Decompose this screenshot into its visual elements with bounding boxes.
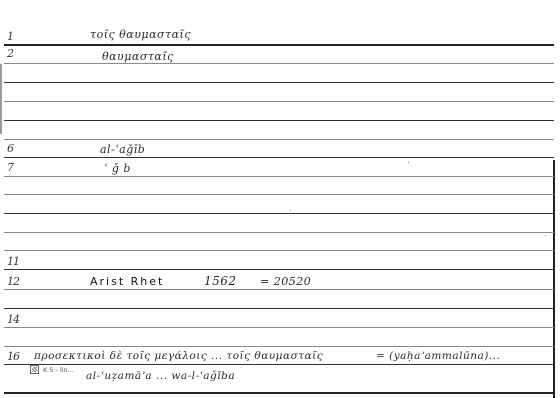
ruled-line	[4, 327, 554, 328]
ruled-line	[4, 120, 554, 121]
ruled-line	[4, 250, 554, 251]
ruled-line	[4, 44, 554, 46]
line-number: 6	[7, 142, 13, 155]
equivalence-number: = 20520	[260, 275, 311, 288]
lexicon-slip: 1 2 6 7 11 12 14 16 τοῖς θαυμασταῖς θαυμ…	[0, 0, 560, 398]
ruled-line	[4, 139, 554, 140]
arabic-root: ʿ ǧ b	[104, 162, 131, 175]
greek-phrase: τοῖς θαυμασταῖς	[90, 28, 191, 41]
reference-marker: K 5 - lin...	[30, 365, 74, 374]
line-number: 16	[7, 350, 19, 363]
ruled-line	[4, 232, 554, 233]
stamp-icon	[30, 365, 39, 374]
ruled-line	[4, 176, 554, 177]
paper-speck	[408, 162, 409, 163]
paper-speck	[290, 210, 291, 211]
line-number: 12	[7, 275, 19, 288]
line-number: 1	[7, 30, 13, 43]
slip-right-edge	[553, 160, 555, 398]
ruled-line	[4, 392, 554, 394]
arabic-transliteration: al-ʿaǧīb	[100, 143, 145, 156]
ruled-line	[4, 157, 554, 158]
reference-label: K 5 - lin...	[43, 366, 74, 374]
greek-word: θαυμασταῖς	[102, 50, 174, 63]
ruled-line	[4, 213, 554, 214]
line-number: 11	[7, 255, 19, 268]
ruled-line	[4, 194, 554, 195]
slip-left-edge	[0, 64, 2, 134]
ruled-line	[4, 308, 554, 309]
ruled-line	[4, 82, 554, 83]
ruled-line	[4, 269, 554, 270]
paper-speck	[545, 235, 546, 236]
line-number: 7	[7, 161, 13, 174]
line-number: 2	[7, 47, 13, 60]
greek-quotation: προσεκτικοὶ δὲ τοῖς μεγάλοις ... τοῖς θα…	[34, 350, 323, 362]
ruled-line	[4, 289, 554, 290]
arabic-quotation: al-ʿuẓamāʾa ... wa-l-ʿaǧība	[86, 370, 235, 382]
ruled-line	[4, 63, 554, 64]
ruled-line	[4, 346, 554, 347]
ruled-line	[4, 101, 554, 102]
citation-number: 1562	[204, 274, 237, 288]
arabic-gloss: = (yaḥaʾammalūna)...	[376, 350, 500, 362]
line-number: 14	[7, 313, 19, 326]
source-reference: Arist Rhet	[90, 275, 164, 288]
ruled-line	[4, 364, 554, 365]
